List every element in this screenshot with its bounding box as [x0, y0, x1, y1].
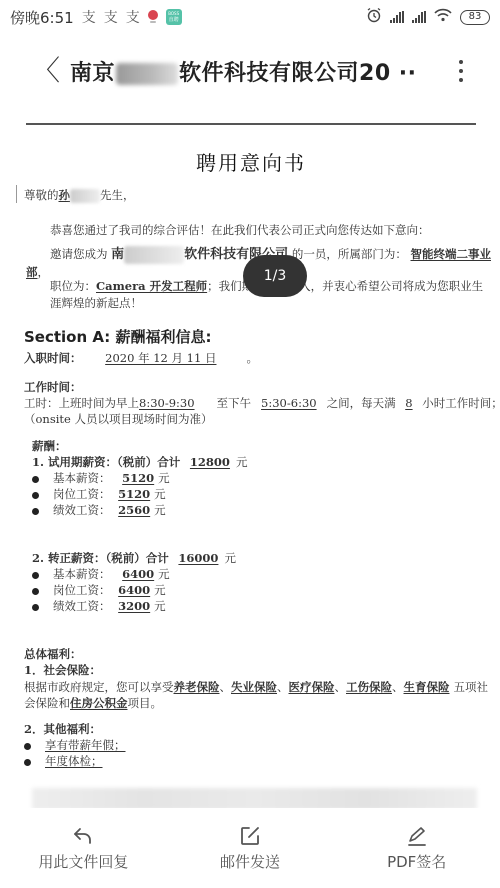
- alipay-icon: 支: [104, 7, 118, 27]
- reply-with-file-button[interactable]: 用此文件回复: [0, 808, 167, 888]
- morning-range: 8:30-9:30: [139, 396, 217, 410]
- email-send-label: 邮件发送: [220, 851, 280, 872]
- section-a-heading: Section A: 薪酬福利信息:: [24, 326, 212, 347]
- work-hours-line: 工时：上班时间为早上8:30-9:30至下午5:30-6:30之间，每天满 8 …: [24, 395, 500, 411]
- salutation: 尊敬的孙先生，: [24, 187, 135, 203]
- document-title: 南京软件科技有限公司20 ··: [70, 56, 417, 87]
- pdf-sign-button[interactable]: PDF签名: [333, 808, 500, 888]
- position-label: 职位为：: [50, 279, 96, 293]
- work-hours-tail: 小时工作时间；: [422, 396, 500, 410]
- probation-title: 1. 试用期薪资：（税前）合计: [32, 455, 180, 469]
- alipay-icon: 支: [126, 7, 140, 27]
- more-options-button[interactable]: [458, 60, 464, 82]
- benefit-text: 享有带薪年假；: [45, 738, 126, 752]
- bullet-icon: [32, 476, 39, 483]
- header-rule: [26, 123, 476, 125]
- probation-item: 绩效工资： 2560元: [32, 502, 166, 518]
- other-benefits-title: 2．其他福利：: [24, 721, 101, 737]
- separator: 、: [220, 680, 232, 694]
- bullet-icon: [24, 759, 31, 766]
- daily-hours: 8: [399, 396, 418, 410]
- intro-paragraph: 恭喜您通过了我司的综合评估！在此我们代表公司正式向您传达如下意向：: [50, 222, 430, 238]
- item-value: 3200: [114, 599, 154, 613]
- text: 五项社: [454, 680, 489, 694]
- insurance-item: 失业保险: [231, 680, 277, 694]
- title-suffix: 软件科技有限公司20 ··: [179, 61, 417, 86]
- punctuation: 。: [246, 351, 258, 365]
- item-value: 5120: [114, 471, 158, 485]
- unit: 元: [154, 487, 166, 501]
- probation-item: 基本薪资： 5120元: [32, 470, 170, 486]
- clock: 傍晚6:51: [10, 7, 74, 28]
- benefit-text: 年度体检；: [45, 754, 103, 768]
- item-label: 岗位工资：: [53, 487, 111, 501]
- department-continued: 部，: [26, 264, 49, 280]
- bullet-icon: [32, 492, 39, 499]
- punctuation: ，: [38, 265, 50, 279]
- bullet-icon: [32, 572, 39, 579]
- bullet-icon: [24, 743, 31, 750]
- document-page: 聘用意向书 尊敬的孙先生， 恭喜您通过了我司的综合评估！在此我们代表公司正式向您…: [24, 123, 478, 803]
- compose-icon: [239, 824, 261, 848]
- recipient-name: 孙: [59, 188, 71, 202]
- pdf-sign-label: PDF签名: [387, 851, 446, 872]
- department-tail: 部: [26, 265, 38, 279]
- separator: 、: [392, 680, 404, 694]
- benefits-label: 总体福利：: [24, 646, 82, 662]
- regular-item: 绩效工资： 3200元: [32, 598, 166, 614]
- battery-indicator: 83: [460, 10, 490, 25]
- social-insurance-text: 根据市政府规定，您可以享受养老保险、失业保险、医疗保险、工伤保险、生育保险五项社: [24, 679, 488, 695]
- invite-prefix: 邀请您成为: [50, 247, 108, 261]
- bullet-icon: [32, 508, 39, 515]
- item-label: 基本薪资：: [53, 567, 111, 581]
- reply-label: 用此文件回复: [38, 851, 128, 872]
- regular-item: 基本薪资： 6400元: [32, 566, 170, 582]
- other-benefit-item: 享有带薪年假；: [24, 737, 126, 753]
- insurance-item: 工伤保险: [346, 680, 392, 694]
- regular-title: 2. 转正薪资：（税前）合计: [32, 551, 169, 565]
- text: 根据市政府规定，您可以享受: [24, 680, 174, 694]
- probation-total: 12800: [184, 455, 236, 469]
- start-date-line: 入职时间： 2020 年 12 月 11 日。: [24, 350, 258, 366]
- unit: 元: [224, 551, 236, 565]
- redacted-area: [32, 788, 477, 810]
- bullet-icon: [32, 604, 39, 611]
- unit: 元: [154, 503, 166, 517]
- item-value: 5120: [114, 487, 154, 501]
- item-label: 岗位工资：: [53, 583, 111, 597]
- wifi-icon: [434, 8, 452, 26]
- unit: 元: [236, 455, 248, 469]
- insurance-item: 养老保险: [174, 680, 220, 694]
- regular-item: 岗位工资： 6400元: [32, 582, 166, 598]
- pen-sign-icon: [406, 824, 428, 848]
- department: 智能终端二事业: [411, 247, 492, 261]
- social-insurance-text-2: 会保险和住房公积金项目。: [24, 695, 162, 711]
- housing-fund: 住房公积金: [70, 696, 128, 710]
- evening-range: 5:30-6:30: [251, 396, 327, 410]
- salutation-prefix: 尊敬的: [24, 188, 59, 202]
- bullet-icon: [32, 588, 39, 595]
- unit: 元: [158, 471, 170, 485]
- unit: 元: [158, 567, 170, 581]
- position-line-2: 涯辉煌的新起点！: [50, 295, 142, 311]
- signal-icon: [412, 11, 426, 23]
- work-hours-mid: 至下午: [217, 396, 252, 410]
- item-value: 6400: [114, 567, 158, 581]
- insurance-item: 医疗保险: [289, 680, 335, 694]
- social-insurance-title: 1．社会保险：: [24, 662, 101, 678]
- map-pin-icon: [148, 10, 158, 24]
- item-label: 绩效工资：: [53, 599, 111, 613]
- signal-icon: [390, 11, 404, 23]
- alarm-icon: [366, 7, 382, 27]
- text: 项目。: [128, 696, 163, 710]
- reply-icon: [71, 824, 95, 848]
- work-hours-prefix: 工时：上班时间为早上: [24, 396, 139, 410]
- app-header: 〈 南京软件科技有限公司20 ··: [0, 40, 500, 104]
- item-label: 基本薪资：: [53, 471, 111, 485]
- invite-mid: 的一员，所属部门为：: [292, 247, 407, 261]
- back-button[interactable]: 〈: [32, 54, 60, 88]
- company-name-start: 南: [111, 247, 124, 262]
- status-bar: 傍晚6:51 支 支 支 BOSS 直聘 83: [0, 0, 500, 34]
- item-value: 6400: [114, 583, 154, 597]
- redacted-text: [116, 63, 178, 85]
- redacted-text: [70, 189, 100, 203]
- regular-salary-title: 2. 转正薪资：（税前）合计 16000元: [32, 550, 236, 566]
- salary-label: 薪酬：: [32, 438, 67, 454]
- item-label: 绩效工资：: [53, 503, 111, 517]
- item-value: 2560: [114, 503, 154, 517]
- boss-label-top: BOSS: [166, 10, 182, 17]
- work-time-label: 工作时间：: [24, 379, 82, 395]
- separator: 、: [277, 680, 289, 694]
- start-date-label: 入职时间：: [24, 351, 82, 365]
- email-send-button[interactable]: 邮件发送: [167, 808, 334, 888]
- unit: 元: [154, 583, 166, 597]
- boss-zhipin-icon: BOSS 直聘: [166, 9, 182, 25]
- bottom-toolbar: 用此文件回复 邮件发送 PDF签名: [0, 808, 500, 888]
- regular-total: 16000: [172, 551, 224, 565]
- redacted-text: [124, 246, 184, 264]
- title-prefix: 南京: [70, 61, 115, 86]
- salutation-suffix: 先生，: [100, 188, 135, 202]
- text-cursor: [16, 185, 17, 203]
- other-benefit-item: 年度体检；: [24, 753, 103, 769]
- onsite-note: （onsite 人员以项目现场时间为准）: [24, 411, 213, 427]
- document-heading: 聘用意向书: [24, 147, 478, 176]
- work-hours-mid2: 之间，每天满: [327, 396, 396, 410]
- start-date-value: 2020 年 12 月 11 日: [85, 351, 246, 365]
- position-value: Camera 开发工程师: [96, 279, 207, 293]
- separator: 、: [335, 680, 347, 694]
- text: 会保险和: [24, 696, 70, 710]
- probation-item: 岗位工资： 5120元: [32, 486, 166, 502]
- insurance-item: 生育保险: [404, 680, 454, 694]
- page-indicator: 1/3: [243, 255, 307, 297]
- unit: 元: [154, 599, 166, 613]
- probation-salary-title: 1. 试用期薪资：（税前）合计 12800元: [32, 454, 247, 470]
- alipay-icon: 支: [82, 7, 96, 27]
- boss-label-bottom: 直聘: [166, 17, 182, 24]
